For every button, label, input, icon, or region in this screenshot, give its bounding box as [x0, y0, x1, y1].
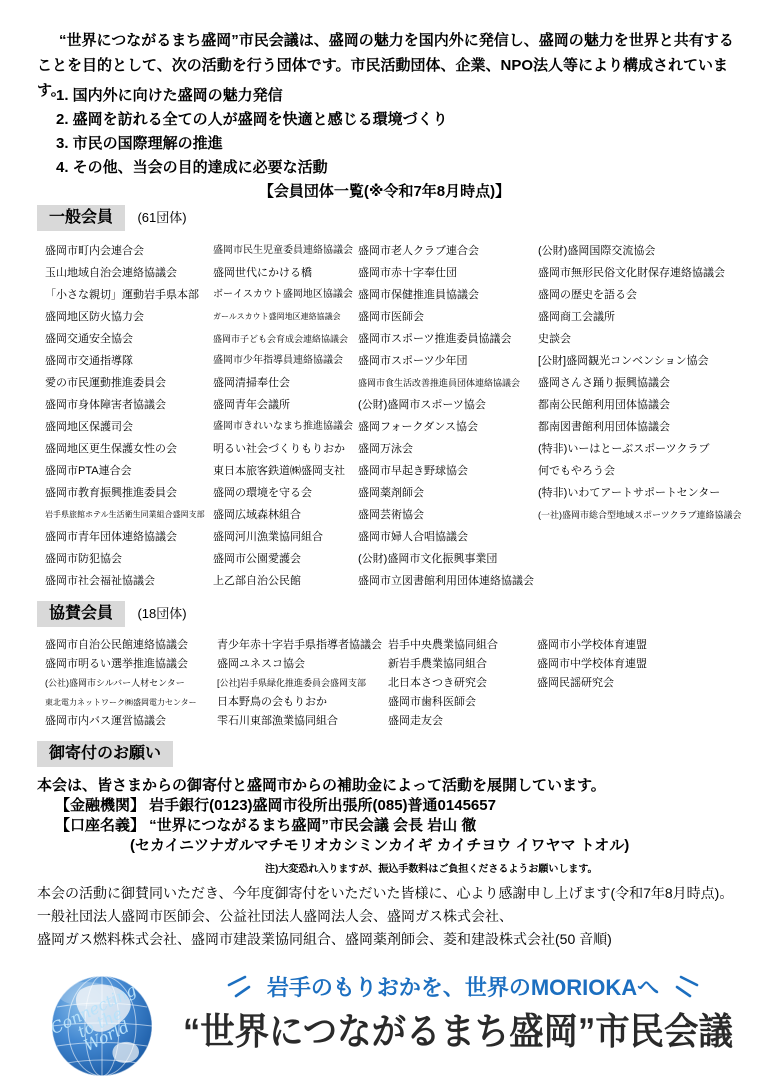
member-item: 盛岡市社会福祉協議会	[45, 570, 213, 592]
member-item: 盛岡市明るい選挙推進協議会	[45, 655, 217, 674]
member-item: 盛岡市青年団体連絡協議会	[45, 526, 213, 548]
member-item: 都南公民館利用団体協議会	[538, 394, 763, 416]
member-item: 盛岡市無形民俗文化財保存連絡協議会	[538, 262, 763, 284]
member-column: 青少年赤十字岩手県指導者協議会盛岡ユネスコ協会[公社]岩手県緑化推進委員会盛岡支…	[217, 636, 388, 731]
member-item: 盛岡市身体障害者協議会	[45, 394, 213, 416]
member-item: 盛岡市スポーツ少年団	[358, 350, 538, 372]
member-item: [公財]盛岡観光コンベンション協会	[538, 350, 763, 372]
member-column: 盛岡市町内会連合会玉山地域自治会連絡協議会「小さな親切」運動岩手県本部盛岡地区防…	[45, 240, 213, 592]
member-item: 盛岡の歴史を語る会	[538, 284, 763, 306]
member-column: 岩手中央農業協同組合新岩手農業協同組合北日本さつき研究会盛岡市歯科医師会盛岡走友…	[388, 636, 537, 731]
member-column: 盛岡市小学校体育連盟盛岡市中学校体育連盟盛岡民謡研究会	[537, 636, 762, 731]
member-item: 盛岡市少年指導員連絡協議会	[213, 350, 358, 372]
activity-item: 4. その他、当会の目的達成に必要な活動	[56, 156, 448, 180]
member-item: 盛岡市きれいなまち推進協議会	[213, 416, 358, 438]
member-item: ボーイスカウト盛岡地区協議会	[213, 284, 358, 306]
emphasis-right-icon	[675, 975, 701, 999]
member-item: (公財)盛岡国際交流協会	[538, 240, 763, 262]
flyer-page: “世界につながるまち盛岡”市民会議は、盛岡の魅力を国内外に発信し、盛岡の魅力を世…	[0, 0, 769, 1088]
member-item: (公財)盛岡市スポーツ協会	[358, 394, 538, 416]
member-item: 盛岡市子ども会育成会連絡協議会	[213, 328, 358, 350]
member-item: 盛岡市公園愛護会	[213, 548, 358, 570]
donation-label: 御寄付のお願い	[37, 741, 173, 767]
member-item: 盛岡市保健推進員協議会	[358, 284, 538, 306]
member-item: 史談会	[538, 328, 763, 350]
member-item: 盛岡商工会議所	[538, 306, 763, 328]
member-item: 盛岡市民生児童委員連絡協議会	[213, 240, 358, 262]
member-item: 盛岡市立図書館利用団体連絡協議会	[358, 570, 538, 592]
donation-account-line: 【口座名義】 “世界につながるまち盛岡”市民会議 会長 岩山 徹	[37, 816, 769, 836]
activity-item: 1. 国内外に向けた盛岡の魅力発信	[56, 84, 448, 108]
member-item: 青少年赤十字岩手県指導者協議会	[217, 636, 388, 655]
member-item: 盛岡ユネスコ協会	[217, 655, 388, 674]
general-members-grid: 盛岡市町内会連合会玉山地域自治会連絡協議会「小さな親切」運動岩手県本部盛岡地区防…	[45, 240, 769, 592]
thanks-paragraph: 本会の活動に御賛同いただき、今年度御寄付をいただいた皆様に、心より感謝申し上げま…	[37, 882, 733, 951]
member-item: 日本野鳥の会もりおか	[217, 693, 388, 712]
member-item: (公社)盛岡市シルバー人材センター	[45, 674, 217, 693]
member-item: 盛岡市婦人合唱協議会	[358, 526, 538, 548]
member-item: 盛岡の環境を守る会	[213, 482, 358, 504]
member-item: 盛岡市スポーツ推進委員協議会	[358, 328, 538, 350]
member-item: 盛岡市交通指導隊	[45, 350, 213, 372]
general-members-count: (61団体)	[137, 210, 186, 225]
member-item: 新岩手農業協同組合	[388, 655, 537, 674]
member-item: 盛岡青年会議所	[213, 394, 358, 416]
member-item: (特非)いわてアートサポートセンター	[538, 482, 763, 504]
donation-note: 注)大変恐れ入りますが、振込手数料はご負担くださるようお願いします。	[37, 860, 769, 875]
member-column: 盛岡市老人クラブ連合会盛岡市赤十字奉仕団盛岡市保健推進員協議会盛岡市医師会盛岡市…	[358, 240, 538, 592]
member-item: 明るい社会づくりもりおか	[213, 438, 358, 460]
supporting-members-section: 協賛会員 (18団体) 盛岡市自治公民館連絡協議会盛岡市明るい選挙推進協議会(公…	[37, 600, 769, 731]
member-item: 盛岡市老人クラブ連合会	[358, 240, 538, 262]
footer: Connecting to the World 岩手のもりおかを、世界のMORI…	[0, 965, 769, 1088]
member-item: 盛岡市町内会連合会	[45, 240, 213, 262]
footer-title: “世界につながるまち盛岡”市民会議	[183, 1001, 728, 1055]
donation-bank-line: 【金融機関】 岩手銀行(0123)盛岡市役所出張所(085)普通0145657	[37, 796, 769, 816]
member-item: 盛岡芸術協会	[358, 504, 538, 526]
member-item: 盛岡市中学校体育連盟	[537, 655, 762, 674]
supporting-members-grid: 盛岡市自治公民館連絡協議会盛岡市明るい選挙推進協議会(公社)盛岡市シルバー人材セ…	[45, 636, 769, 731]
member-column: 盛岡市自治公民館連絡協議会盛岡市明るい選挙推進協議会(公社)盛岡市シルバー人材セ…	[45, 636, 217, 731]
member-item: 盛岡地区防火協力会	[45, 306, 213, 328]
member-item: 都南図書館利用団体協議会	[538, 416, 763, 438]
member-item: 盛岡広域森林組合	[213, 504, 358, 526]
donation-intro: 本会は、皆さまからの御寄付と盛岡市からの補助金によって活動を展開しています。	[37, 776, 769, 796]
member-item: 岩手県旅館ホテル生活衛生同業組合盛岡支部	[45, 504, 213, 526]
general-members-label: 一般会員	[37, 205, 125, 231]
member-item: [公社]岩手県緑化推進委員会盛岡支部	[217, 674, 388, 693]
supporting-members-label: 協賛会員	[37, 601, 125, 627]
member-item: 上乙部自治公民館	[213, 570, 358, 592]
member-item: 盛岡走友会	[388, 712, 537, 731]
thanks-line: 本会の活動に御賛同いただき、今年度御寄付をいただいた皆様に、心より感謝申し上げま…	[37, 882, 733, 905]
activity-item: 2. 盛岡を訪れる全ての人が盛岡を快適と感じる環境づくり	[56, 108, 448, 132]
member-item: 岩手中央農業協同組合	[388, 636, 537, 655]
member-item: 盛岡市防犯協会	[45, 548, 213, 570]
supporting-members-count: (18団体)	[137, 606, 186, 621]
member-item: 何でもやろう会	[538, 460, 763, 482]
member-item: 愛の市民運動推進委員会	[45, 372, 213, 394]
member-item: 玉山地域自治会連絡協議会	[45, 262, 213, 284]
member-item: ガールスカウト盛岡地区連絡協議会	[213, 306, 358, 328]
member-item: 盛岡市内バス運営協議会	[45, 712, 217, 731]
member-item: (公財)盛岡市文化振興事業団	[358, 548, 538, 570]
emphasis-left-icon	[225, 975, 251, 999]
member-item: 盛岡市PTA連合会	[45, 460, 213, 482]
member-item: 盛岡市医師会	[358, 306, 538, 328]
member-item: 盛岡万泳会	[358, 438, 538, 460]
member-item: 盛岡交通安全協会	[45, 328, 213, 350]
activity-item: 3. 市民の国際理解の推進	[56, 132, 448, 156]
general-members-section: 一般会員 (61団体) 盛岡市町内会連合会玉山地域自治会連絡協議会「小さな親切」…	[37, 204, 769, 592]
member-item: 盛岡薬剤師会	[358, 482, 538, 504]
donation-account-kana: (セカイニツナガルマチモリオカシミンカイギ カイチヨウ イワヤマ トオル)	[37, 836, 769, 856]
member-item: 盛岡民謡研究会	[537, 674, 762, 693]
member-item: 盛岡地区更生保護女性の会	[45, 438, 213, 460]
member-item: 盛岡市小学校体育連盟	[537, 636, 762, 655]
globe-logo: Connecting to the World	[50, 974, 154, 1078]
member-item: 「小さな親切」運動岩手県本部	[45, 284, 213, 306]
member-item: 盛岡市食生活改善推進員団体連絡協議会	[358, 372, 538, 394]
member-item: 東日本旅客鉄道㈱盛岡支社	[213, 460, 358, 482]
member-item: 盛岡市赤十字奉仕団	[358, 262, 538, 284]
slogan-row: 岩手のもりおかを、世界のMORIOKAへ	[183, 971, 743, 1002]
activities-list: 1. 国内外に向けた盛岡の魅力発信2. 盛岡を訪れる全ての人が盛岡を快適と感じる…	[56, 84, 448, 180]
member-item: 北日本さつき研究会	[388, 674, 537, 693]
member-item: 雫石川東部漁業協同組合	[217, 712, 388, 731]
member-item: 盛岡清掃奉仕会	[213, 372, 358, 394]
member-item: 盛岡フォークダンス協会	[358, 416, 538, 438]
member-item: 盛岡さんさ踊り振興協議会	[538, 372, 763, 394]
donation-section: 御寄付のお願い 本会は、皆さまからの御寄付と盛岡市からの補助金によって活動を展開…	[37, 740, 769, 885]
thanks-line: 一般社団法人盛岡市医師会、公益社団法人盛岡法人会、盛岡ガス株式会社、	[37, 905, 733, 928]
member-item: (一社)盛岡市総合型地域スポーツクラブ連絡協議会	[538, 504, 763, 526]
footer-slogan: 岩手のもりおかを、世界のMORIOKAへ	[267, 971, 659, 1002]
member-column: (公財)盛岡国際交流協会盛岡市無形民俗文化財保存連絡協議会盛岡の歴史を語る会盛岡…	[538, 240, 763, 592]
member-item: 盛岡市歯科医師会	[388, 693, 537, 712]
member-item: 盛岡市早起き野球協会	[358, 460, 538, 482]
member-item: 盛岡市教育振興推進委員会	[45, 482, 213, 504]
thanks-line: 盛岡ガス燃料株式会社、盛岡市建設業協同組合、盛岡薬剤師会、菱和建設株式会社(50…	[37, 928, 733, 951]
member-item: (特非)いーはとーぶスポーツクラブ	[538, 438, 763, 460]
member-item: 盛岡市自治公民館連絡協議会	[45, 636, 217, 655]
member-item: 盛岡河川漁業協同組合	[213, 526, 358, 548]
member-item: 盛岡世代にかける橋	[213, 262, 358, 284]
member-column: 盛岡市民生児童委員連絡協議会盛岡世代にかける橋ボーイスカウト盛岡地区協議会ガール…	[213, 240, 358, 592]
member-list-title: 【会員団体一覧(※令和7年8月時点)】	[0, 180, 769, 201]
member-item: 東北電力ネットワーク㈱盛岡電力センター	[45, 693, 217, 712]
member-item: 盛岡地区保護司会	[45, 416, 213, 438]
